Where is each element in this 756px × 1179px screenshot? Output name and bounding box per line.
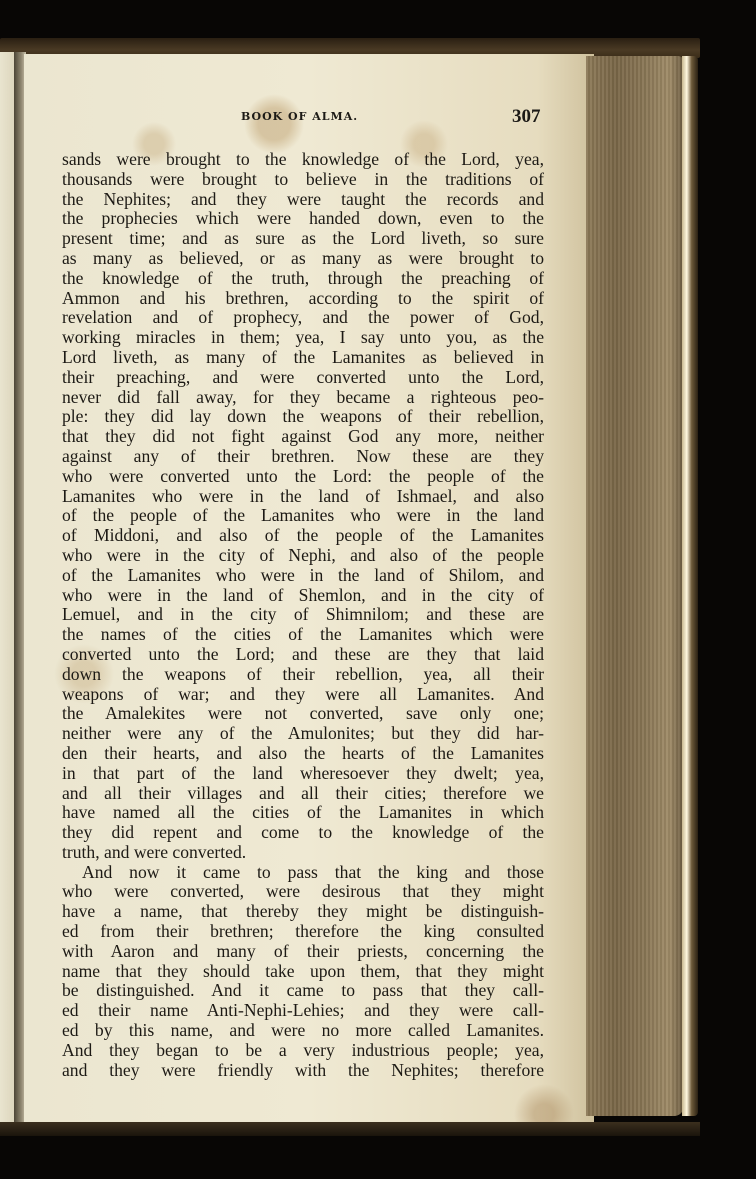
- page-number: 307: [512, 106, 541, 128]
- text-line: working miracles in them; yea, I say unt…: [62, 328, 544, 348]
- text-line: converted unto the Lord; and these are t…: [62, 645, 544, 665]
- text-line: the Amalekites were not converted, save …: [62, 704, 544, 724]
- text-line: they did repent and come to the knowledg…: [62, 823, 544, 843]
- text-line: ed from their brethren; therefore the ki…: [62, 922, 544, 942]
- text-line: as many as believed, or as many as were …: [62, 249, 544, 269]
- paragraph-start-line: And now it came to pass that the king an…: [62, 863, 544, 883]
- page-fore-edge: [586, 56, 684, 1116]
- text-line: who were converted, were desirous that t…: [62, 882, 544, 902]
- text-line: have a name, that thereby they might be …: [62, 902, 544, 922]
- text-line: Lamanites who were in the land of Ishmae…: [62, 487, 544, 507]
- text-line: And they began to be a very industrious …: [62, 1041, 544, 1061]
- text-line: Lemuel, and in the city of Shimnilom; an…: [62, 605, 544, 625]
- book-cover-bottom-edge: [0, 1122, 700, 1136]
- text-line: their preaching, and were converted unto…: [62, 368, 544, 388]
- text-line: Lord liveth, as many of the Lamanites as…: [62, 348, 544, 368]
- text-line: thousands were brought to believe in the…: [62, 170, 544, 190]
- text-line: present time; and as sure as the Lord li…: [62, 229, 544, 249]
- text-line: ple: they did lay down the weapons of th…: [62, 407, 544, 427]
- text-line: that they did not fight against God any …: [62, 427, 544, 447]
- text-line: name that they should take upon them, th…: [62, 962, 544, 982]
- text-line: the names of the cities of the Lamanites…: [62, 625, 544, 645]
- text-line: revelation and of prophecy, and the powe…: [62, 308, 544, 328]
- text-line: be distinguished. And it came to pass th…: [62, 981, 544, 1001]
- text-line: and all their villages and all their cit…: [62, 784, 544, 804]
- text-line: against any of their brethren. Now these…: [62, 447, 544, 467]
- text-line: weapons of war; and they were all Lamani…: [62, 685, 544, 705]
- text-line: of the people of the Lamanites who were …: [62, 506, 544, 526]
- text-line: and they were friendly with the Nephites…: [62, 1061, 544, 1081]
- text-line: sands were brought to the knowledge of t…: [62, 150, 544, 170]
- paragraph-end-line: truth, and were converted.: [62, 843, 544, 863]
- text-line: down the weapons of their rebellion, yea…: [62, 665, 544, 685]
- text-line: who were converted unto the Lord: the pe…: [62, 467, 544, 487]
- text-line: who were in the city of Nephi, and also …: [62, 546, 544, 566]
- text-line: of Middoni, and also of the people of th…: [62, 526, 544, 546]
- text-line: ed by this name, and were no more called…: [62, 1021, 544, 1041]
- book-cover-right-edge: [682, 56, 698, 1116]
- text-line: the prophecies which were handed down, e…: [62, 209, 544, 229]
- text-line: have named all the cities of the Lamanit…: [62, 803, 544, 823]
- running-head: BOOK OF ALMA. 307: [0, 106, 756, 130]
- text-line: Ammon and his brethren, according to the…: [62, 289, 544, 309]
- text-line: with Aaron and many of their priests, co…: [62, 942, 544, 962]
- text-line: in that part of the land wheresoever the…: [62, 764, 544, 784]
- text-line: of the Lamanites who were in the land of…: [62, 566, 544, 586]
- text-line: never did fall away, for they became a r…: [62, 388, 544, 408]
- text-line: den their hearts, and also the hearts of…: [62, 744, 544, 764]
- body-text: sands were brought to the knowledge of t…: [62, 150, 544, 1080]
- text-line: the Nephites; and they were taught the r…: [62, 190, 544, 210]
- text-line: neither were any of the Amulonites; but …: [62, 724, 544, 744]
- text-line: ed their name Anti-Nephi-Lehies; and the…: [62, 1001, 544, 1021]
- text-line: the knowledge of the truth, through the …: [62, 269, 544, 289]
- running-title: BOOK OF ALMA.: [241, 110, 358, 123]
- text-line: who were in the land of Shemlon, and in …: [62, 586, 544, 606]
